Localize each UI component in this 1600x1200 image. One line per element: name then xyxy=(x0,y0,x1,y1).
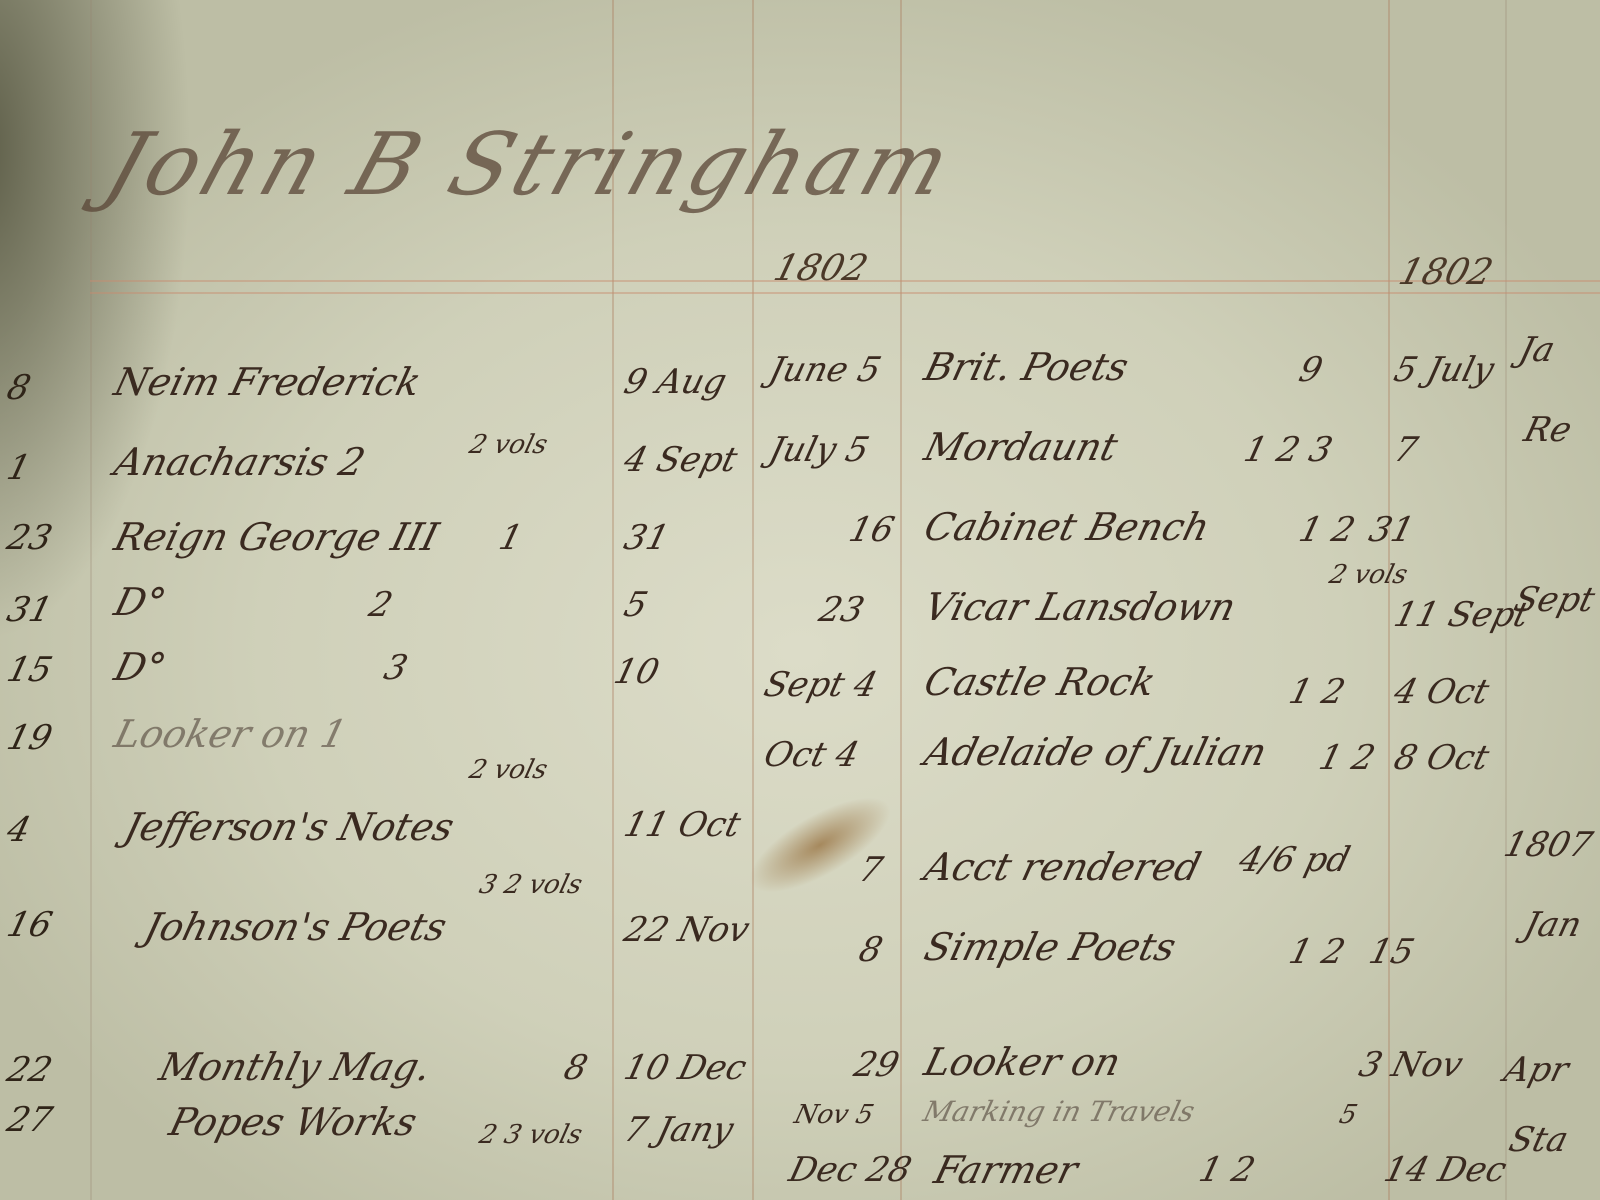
ledger-entry: Reign George III xyxy=(110,515,443,559)
entry-title: Anacharsis 2 xyxy=(110,440,370,484)
entry-return-date: 14 Dec xyxy=(1380,1150,1510,1190)
entry-return-date: 22 Nov xyxy=(620,910,753,950)
ledger-entry: Cabinet Bench xyxy=(920,505,1214,549)
fragment-text: Ja xyxy=(1515,330,1559,370)
entry-volumes: 2 vols xyxy=(466,755,550,785)
entry-return-date: 3 Nov xyxy=(1355,1045,1467,1085)
entry-date: June 5 xyxy=(765,350,885,390)
entry-volumes: 3 2 vols xyxy=(476,870,585,900)
entry-return-date: 9 Aug xyxy=(620,362,731,402)
entry-date: 23 xyxy=(815,590,868,630)
entry-volumes: 2 3 vols xyxy=(476,1120,585,1150)
entry-volumes: 1 xyxy=(495,518,527,558)
entry-date: 7 xyxy=(855,850,887,890)
entry-volumes: 1 2 3 xyxy=(1240,430,1336,470)
ledger-entry: Acct rendered xyxy=(920,845,1205,889)
entry-return-date: 7 Jany xyxy=(620,1110,737,1150)
entry-title: Looker on xyxy=(920,1040,1125,1084)
fragment-text: Re xyxy=(1520,410,1576,450)
fragment-text: 1807 xyxy=(1500,825,1597,865)
entry-title: Adelaide of Julian xyxy=(920,730,1271,774)
entry-title: Vicar Lansdown xyxy=(920,585,1240,629)
entry-volumes: 1 2 xyxy=(1285,672,1349,712)
entry-title: Farmer xyxy=(930,1148,1082,1192)
fragment-text: Apr xyxy=(1500,1050,1573,1090)
entry-date: Oct 4 xyxy=(760,735,863,775)
margin-date: 27 xyxy=(3,1100,56,1140)
margin-date: 23 xyxy=(3,518,56,558)
entry-return-date: 4 Oct xyxy=(1390,672,1493,712)
entry-title: Acct rendered xyxy=(920,845,1205,889)
entry-volumes: 5 xyxy=(1336,1100,1360,1130)
entry-volumes: 2 vols xyxy=(466,430,550,460)
entry-date: 8 xyxy=(855,930,887,970)
margin-date: 22 xyxy=(3,1050,56,1090)
account-name-heading: John B Stringham xyxy=(94,115,966,215)
year-header: 1802 xyxy=(1395,252,1498,293)
entry-return-date: 4 Sept xyxy=(620,440,741,480)
margin-date: 8 xyxy=(3,368,35,408)
entry-date: Dec 28 xyxy=(785,1150,915,1190)
ledger-entry: Neim Frederick xyxy=(110,360,425,404)
margin-date: 16 xyxy=(3,905,56,945)
entry-volumes: 4/6 pd xyxy=(1235,840,1354,880)
entry-return-date: 10 Dec xyxy=(620,1048,750,1088)
entry-date: Sept 4 xyxy=(760,665,881,705)
entry-volumes: 2 xyxy=(365,585,397,625)
entry-date: 29 xyxy=(850,1045,903,1085)
ledger-entry: Marking in Travels xyxy=(920,1095,1198,1128)
entry-title: Castle Rock xyxy=(920,660,1160,704)
entry-volumes: 8 xyxy=(560,1048,592,1088)
entry-volumes: 1 2 xyxy=(1285,932,1349,972)
entry-return-date: 31 xyxy=(1365,510,1418,550)
margin-date: 4 xyxy=(3,810,35,850)
entry-title: Simple Poets xyxy=(920,925,1180,969)
ledger-entry: D° xyxy=(110,580,170,624)
ledger-entry: D° xyxy=(110,645,170,689)
fragment-text: Sept xyxy=(1510,580,1599,620)
ledger-entry: Adelaide of Julian xyxy=(920,730,1271,774)
entry-title: Neim Frederick xyxy=(110,360,425,404)
ink-stain xyxy=(736,779,905,911)
entry-return-date: 11 Oct xyxy=(620,805,745,845)
ledger-entry: Brit. Poets xyxy=(920,345,1133,389)
entry-volumes: 3 xyxy=(380,648,412,688)
margin-date: 1 xyxy=(3,448,35,488)
ledger-entry: Jefferson's Notes xyxy=(120,805,459,849)
ledger-entry: Mordaunt xyxy=(920,425,1122,469)
column-rule xyxy=(1388,0,1390,1200)
margin-date: 31 xyxy=(3,590,56,630)
entry-return-date: 5 xyxy=(620,585,652,625)
entry-date: 16 xyxy=(845,510,898,550)
margin-date: 19 xyxy=(3,718,56,758)
entry-title: D° xyxy=(110,580,170,624)
entry-title: Mordaunt xyxy=(920,425,1122,469)
margin-rule xyxy=(90,0,92,1200)
header-rule xyxy=(90,292,1600,294)
ledger-entry: Looker on 1 xyxy=(110,712,351,756)
ledger-entry: Monthly Mag. xyxy=(155,1045,436,1089)
entry-return-date: 7 xyxy=(1390,430,1422,470)
entry-date: July 5 xyxy=(765,430,873,470)
entry-return-date: 10 xyxy=(610,652,663,692)
entry-title: D° xyxy=(110,645,170,689)
entry-volumes: 9 xyxy=(1295,350,1327,390)
year-header: 1802 xyxy=(770,248,873,289)
entry-volumes: 2 vols xyxy=(1326,560,1410,590)
entry-title: Looker on 1 xyxy=(110,712,351,756)
entry-volumes: 1 2 xyxy=(1195,1150,1259,1190)
ledger-entry: Johnson's Poets xyxy=(140,905,451,949)
entry-title: Popes Works xyxy=(165,1100,421,1144)
entry-title: Monthly Mag. xyxy=(155,1045,436,1089)
fragment-text: Jan xyxy=(1520,905,1586,945)
entry-return-date: 5 July xyxy=(1390,350,1498,390)
entry-title: Brit. Poets xyxy=(920,345,1133,389)
ledger-entry: Vicar Lansdown xyxy=(920,585,1240,629)
ledger-entry: Popes Works xyxy=(165,1100,421,1144)
ledger-page: John B Stringham 1802 1802 8 1 23 31 15 … xyxy=(0,0,1600,1200)
entry-return-date: 31 xyxy=(620,518,673,558)
entry-return-date: 15 xyxy=(1365,932,1418,972)
entry-date: Nov 5 xyxy=(791,1100,876,1130)
fragment-text: Sta xyxy=(1505,1120,1572,1160)
entry-title: Reign George III xyxy=(110,515,443,559)
ledger-entry: Castle Rock xyxy=(920,660,1160,704)
ledger-entry: Looker on xyxy=(920,1040,1125,1084)
ledger-entry: Farmer xyxy=(930,1148,1082,1192)
entry-return-date: 8 Oct xyxy=(1390,738,1493,778)
entry-title: Marking in Travels xyxy=(920,1095,1198,1128)
entry-volumes: 1 2 xyxy=(1315,738,1379,778)
entry-title: Johnson's Poets xyxy=(140,905,451,949)
entry-volumes: 1 2 xyxy=(1295,510,1359,550)
ledger-entry: Anacharsis 2 xyxy=(110,440,370,484)
entry-title: Jefferson's Notes xyxy=(120,805,459,849)
margin-date: 15 xyxy=(3,650,56,690)
ledger-entry: Simple Poets xyxy=(920,925,1180,969)
entry-title: Cabinet Bench xyxy=(920,505,1214,549)
